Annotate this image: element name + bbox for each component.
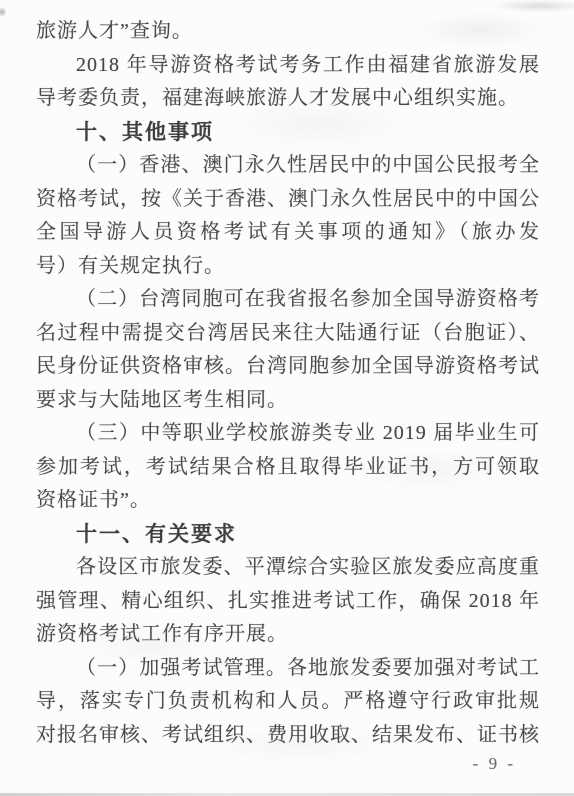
text-line: 强管理、精心组织、扎实推进考试工作，确保 2018 年全国导 bbox=[36, 585, 540, 619]
paragraph-continuation: 旅游人才”查询。 bbox=[36, 15, 540, 49]
paragraph: （一）香港、澳门永久性居民中的中国公民报考全国导游资格考试，按《关于香港、澳门永… bbox=[36, 149, 540, 283]
text-line: 参加考试，考试结果合格且取得毕业证书，方可领取“导游员 bbox=[36, 451, 540, 485]
text-line: （一）加强考试管理。各地旅发委要加强对考试工作的指 bbox=[36, 652, 540, 686]
paragraph: （二）台湾同胞可在我省报名参加全国导游资格考试，报名过程中需提交台湾居民来往大陆… bbox=[36, 283, 540, 417]
text-line: 全国导游人员资格考试有关事项的通知》（旅办发〔2008〕174 bbox=[36, 216, 540, 250]
paragraph: 各设区市旅发委、平潭综合实验区旅发委应高度重视、加强管理、精心组织、扎实推进考试… bbox=[36, 551, 540, 652]
paragraph: （一）加强考试管理。各地旅发委要加强对考试工作的指导，落实专门负责机构和人员。严… bbox=[36, 652, 540, 753]
text-line: 名过程中需提交台湾居民来往大陆通行证（台胞证）、台湾居 bbox=[36, 317, 540, 351]
text-line: （三）中等职业学校旅游类专业 2019 届毕业生可以报名 bbox=[36, 417, 540, 451]
text-line: （二）台湾同胞可在我省报名参加全国导游资格考试，报 bbox=[36, 283, 540, 317]
text-line: 导考委负责，福建海峡旅游人才发展中心组织实施。 bbox=[36, 82, 540, 116]
text-line: 民身份证供资格审核。台湾同胞参加全国导游资格考试的其他 bbox=[36, 350, 540, 384]
text-line: 资格考试，按《关于香港、澳门永久性居民中的中国公民报考 bbox=[36, 183, 540, 217]
text-line: 号）有关规定执行。 bbox=[36, 250, 540, 284]
page-number: - 9 - bbox=[473, 754, 516, 774]
text-line: 旅游人才”查询。 bbox=[36, 15, 540, 49]
text-line: 各设区市旅发委、平潭综合实验区旅发委应高度重视、加 bbox=[36, 551, 540, 585]
text-line: （一）香港、澳门永久性居民中的中国公民报考全国导游 bbox=[36, 149, 540, 183]
text-line: 导，落实专门负责机构和人员。严格遵守行政审批规范，加强 bbox=[36, 685, 540, 719]
paragraph: （三）中等职业学校旅游类专业 2019 届毕业生可以报名参加考试，考试结果合格且… bbox=[36, 417, 540, 518]
document-body: 旅游人才”查询。2018 年导游资格考试考务工作由福建省旅游发展委员会导考委负责… bbox=[36, 15, 540, 752]
text-line: 对报名审核、考试组织、费用收取、结果发布、证书核发等各 bbox=[36, 719, 540, 753]
text-line: 要求与大陆地区考生相同。 bbox=[36, 384, 540, 418]
text-line: 资格证书”。 bbox=[36, 484, 540, 518]
section-heading: 十、其他事项 bbox=[36, 116, 540, 150]
document-page: 旅游人才”查询。2018 年导游资格考试考务工作由福建省旅游发展委员会导考委负责… bbox=[0, 0, 574, 796]
section-heading: 十一、有关要求 bbox=[36, 518, 540, 552]
text-line: 2018 年导游资格考试考务工作由福建省旅游发展委员会 bbox=[36, 49, 540, 83]
paragraph: 2018 年导游资格考试考务工作由福建省旅游发展委员会导考委负责，福建海峡旅游人… bbox=[36, 49, 540, 116]
text-line: 游资格考试工作有序开展。 bbox=[36, 618, 540, 652]
